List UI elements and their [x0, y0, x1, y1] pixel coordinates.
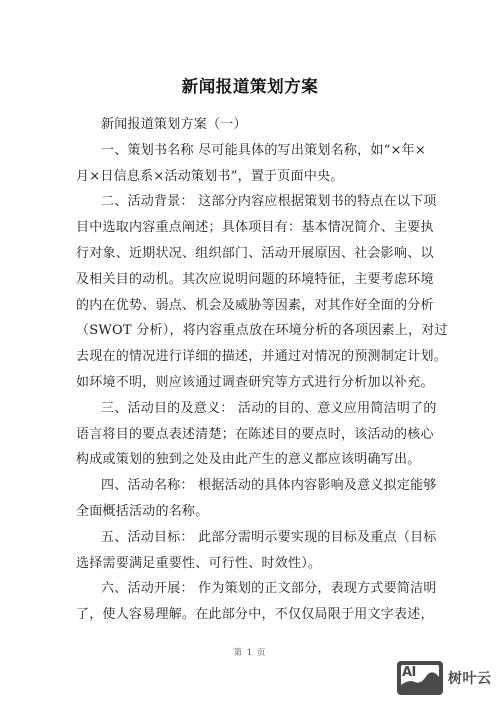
watermark: AI 树叶云 [397, 661, 492, 695]
page-number: 第 1 页 [0, 646, 500, 658]
ai-image-logo-icon: AI [397, 661, 443, 695]
paragraph-line: 选择需要满足重要性、可行性、时效性）。 [76, 551, 422, 577]
watermark-logo-text: AI [402, 665, 416, 680]
paragraph-line: 二、活动背景： 这部分内容应根据策划书的特点在以下项 [76, 189, 422, 215]
paragraph-line: 月×日信息系×活动策划书”，置于页面中央。 [76, 164, 422, 190]
paragraph-line: 三、活动目的及意义： 活动的目的、意义应用简洁明了的 [76, 396, 422, 422]
paragraph-line: 全面概括活动的名称。 [76, 499, 422, 525]
document-page: 新闻报道策划方案 新闻报道策划方案（一） 一、策划书名称 尽可能具体的写出策划名… [0, 0, 500, 708]
paragraph-line: 新闻报道策划方案（一） [76, 112, 422, 138]
paragraph-line: 一、策划书名称 尽可能具体的写出策划名称，如“×年× [76, 138, 422, 164]
document-body: 新闻报道策划方案（一） 一、策划书名称 尽可能具体的写出策划名称，如“×年× 月… [76, 112, 422, 628]
paragraph-line: 如环境不明，则应该通过调查研究等方式进行分析加以补充。 [76, 370, 422, 396]
paragraph-line: 六、活动开展： 作为策划的正文部分，表现方式要简洁明 [76, 576, 422, 602]
paragraph-line: 构成或策划的独到之处及由此产生的意义都应该明确写出。 [76, 447, 422, 473]
paragraph-line: 五、活动目标： 此部分需明示要实现的目标及重点（目标 [76, 525, 422, 551]
paragraph-line: 语言将目的要点表述清楚；在陈述目的要点时，该活动的核心 [76, 422, 422, 448]
document-title: 新闻报道策划方案 [0, 76, 500, 98]
paragraph-line: 的内在优势、弱点、机会及威胁等因素，对其作好全面的分析 [76, 293, 422, 319]
watermark-brand: 树叶云 [448, 668, 492, 688]
paragraph-line: 去现在的情况进行详细的描述，并通过对情况的预测制定计划。 [76, 344, 422, 370]
paragraph-line: 及相关目的动机。其次应说明问题的环境特征，主要考虑环境 [76, 267, 422, 293]
paragraph-line: 目中选取内容重点阐述；具体项目有：基本情况简介、主要执 [76, 215, 422, 241]
paragraph-line: （SWOT 分析），将内容重点放在环境分析的各项因素上，对过 [76, 318, 422, 344]
paragraph-line: 了，使人容易理解。在此部分中，不仅仅局限于用文字表述， [76, 602, 422, 628]
paragraph-line: 四、活动名称： 根据活动的具体内容影响及意义拟定能够 [76, 473, 422, 499]
paragraph-line: 行对象、近期状况、组织部门、活动开展原因、社会影响、以 [76, 241, 422, 267]
